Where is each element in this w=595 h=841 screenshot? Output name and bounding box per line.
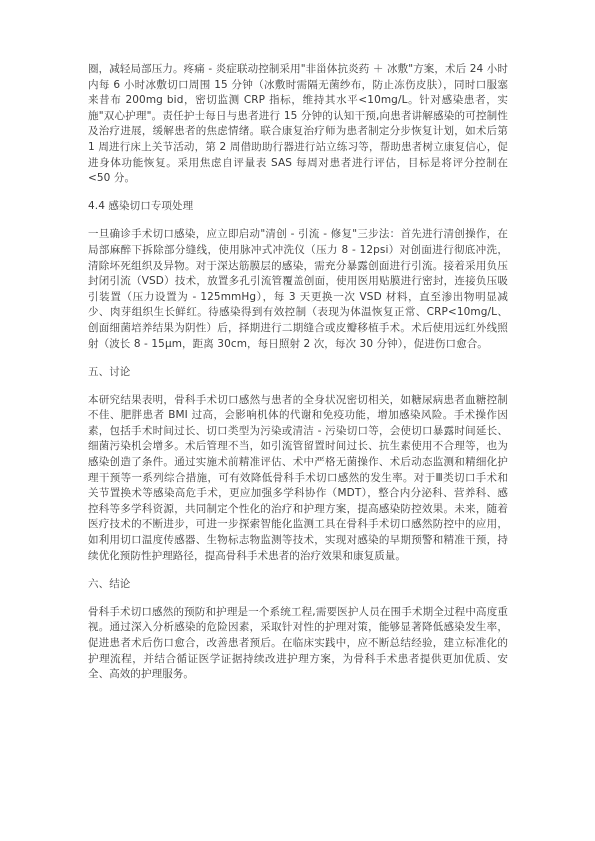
paragraph-pain-and-psych-care: 圈，减轻局部压力。疼痛 - 炎症联动控制采用"非甾体抗炎药 ＋ 冰敷"方案，术后… bbox=[88, 62, 508, 187]
document-body: 圈，减轻局部压力。疼痛 - 炎症联动控制采用"非甾体抗炎药 ＋ 冰敷"方案，术后… bbox=[88, 62, 508, 695]
section-heading-infection-wound-handling: 4.4 感染切口专项处理 bbox=[88, 199, 508, 215]
section-heading-conclusion: 六、结论 bbox=[88, 577, 508, 593]
section-heading-discussion: 五、讨论 bbox=[88, 365, 508, 381]
document-page: 圈，减轻局部压力。疼痛 - 炎症联动控制采用"非甾体抗炎药 ＋ 冰敷"方案，术后… bbox=[0, 0, 595, 841]
paragraph-infection-treatment-steps: 一旦确诊手术切口感染，应立即启动"清创 - 引流 - 修复"三步法：首先进行清创… bbox=[88, 227, 508, 352]
paragraph-discussion: 本研究结果表明，骨科手术切口感然与患者的全身状况密切相关，如糖尿病患者血糖控制不… bbox=[88, 393, 508, 565]
paragraph-conclusion: 骨科手术切口感然的预防和护理是一个系统工程,需要医护人员在围手术期全过程中高度重… bbox=[88, 605, 508, 683]
